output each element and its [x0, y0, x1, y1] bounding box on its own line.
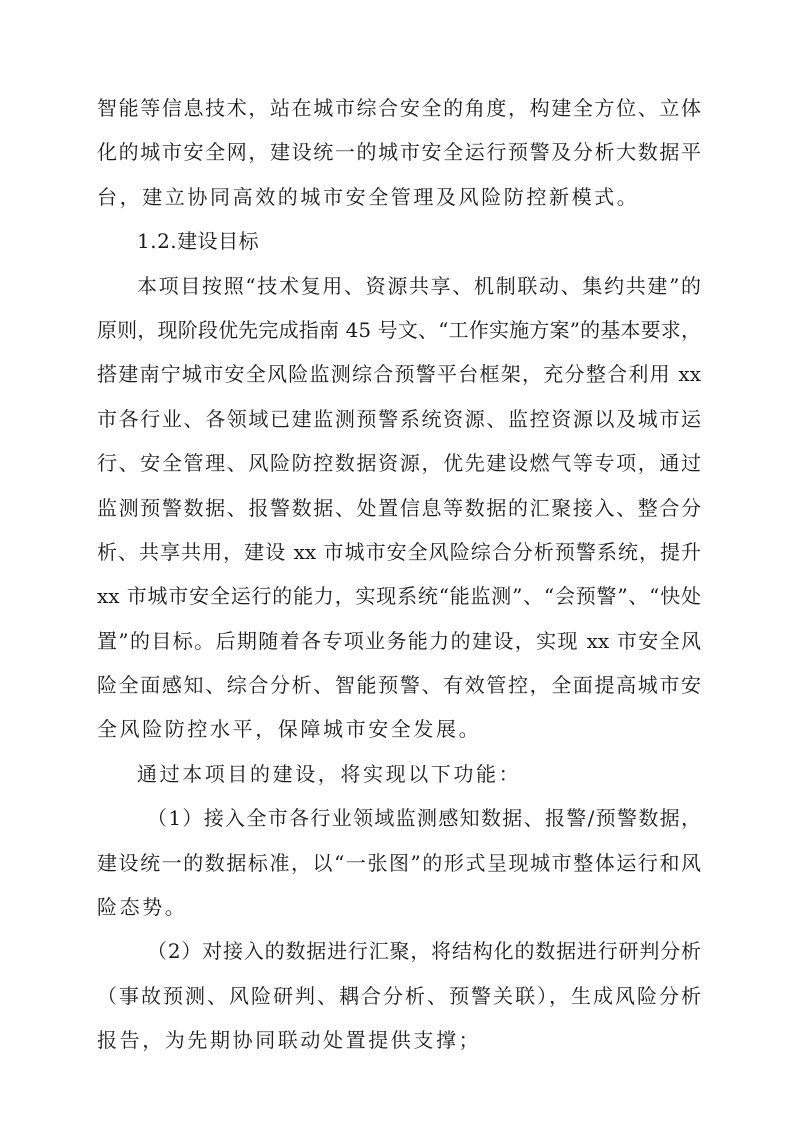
- paragraph-line: 监测预警数据、报警数据、处置信息等数据的汇聚接入、整合分: [97, 486, 701, 530]
- text-line: 置”的目标。后期随着各专项业务能力的建设，实现 xx 市安全风: [97, 619, 701, 663]
- section-heading-text: 1.2.建设目标: [137, 219, 701, 263]
- section-heading: 1.2.建设目标: [97, 219, 701, 263]
- paragraph-line: 置”的目标。后期随着各专项业务能力的建设，实现 xx 市安全风: [97, 619, 701, 663]
- paragraph-line: 市各行业、各领域已建监测预警系统资源、监控资源以及城市运: [97, 397, 701, 441]
- paragraph-line: 通过本项目的建设，将实现以下功能：: [97, 752, 701, 796]
- paragraph-line: 析、共享共用，建设 xx 市城市安全风险综合分析预警系统，提升: [97, 530, 701, 574]
- text-line: 搭建南宁城市安全风险监测综合预警平台框架，充分整合利用 xx: [97, 352, 701, 396]
- text-line: 本项目按照“技术复用、资源共享、机制联动、集约共建”的: [137, 264, 701, 308]
- list-item-line: （1）接入全市各行业领域监测感知数据、报警/预警数据，: [97, 796, 701, 840]
- text-line: 原则，现阶段优先完成指南 45 号文、“工作实施方案”的基本要求，: [97, 308, 701, 352]
- paragraph-line: 险全面感知、综合分析、智能预警、有效管控，全面提高城市安: [97, 663, 701, 707]
- paragraph-line: 化的城市安全网，建设统一的城市安全运行预警及分析大数据平: [97, 130, 701, 174]
- text-line: （1）接入全市各行业领域监测感知数据、报警/预警数据，: [147, 796, 701, 840]
- text-line: 通过本项目的建设，将实现以下功能：: [137, 752, 701, 796]
- text-line: 智能等信息技术，站在城市综合安全的角度，构建全方位、立体: [97, 86, 701, 130]
- paragraph-line: 报告，为先期协同联动处置提供支撑；: [97, 1018, 701, 1062]
- text-line: 险全面感知、综合分析、智能预警、有效管控，全面提高城市安: [97, 663, 701, 707]
- text-line: 全风险防控水平，保障城市安全发展。: [97, 707, 701, 751]
- text-line: xx 市城市安全运行的能力，实现系统“能监测”、“会预警”、“快处: [97, 574, 701, 618]
- paragraph-line: 险态势。: [97, 885, 701, 929]
- paragraph-line: xx 市城市安全运行的能力，实现系统“能监测”、“会预警”、“快处: [97, 574, 701, 618]
- paragraph-line: 本项目按照“技术复用、资源共享、机制联动、集约共建”的: [97, 264, 701, 308]
- paragraph-line: 搭建南宁城市安全风险监测综合预警平台框架，充分整合利用 xx: [97, 352, 701, 396]
- text-line: 行、安全管理、风险防控数据资源，优先建设燃气等专项，通过: [97, 441, 701, 485]
- text-line: 监测预警数据、报警数据、处置信息等数据的汇聚接入、整合分: [97, 486, 701, 530]
- paragraph-line: 建设统一的数据标准，以“一张图”的形式呈现城市整体运行和风: [97, 841, 701, 885]
- text-line: 市各行业、各领域已建监测预警系统资源、监控资源以及城市运: [97, 397, 701, 441]
- text-line: 化的城市安全网，建设统一的城市安全运行预警及分析大数据平: [97, 130, 701, 174]
- text-line: （事故预测、风险研判、耦合分析、预警关联），生成风险分析: [97, 974, 701, 1018]
- document-page: 智能等信息技术，站在城市综合安全的角度，构建全方位、立体 化的城市安全网，建设统…: [97, 86, 701, 1063]
- list-item-line: （2）对接入的数据进行汇聚，将结构化的数据进行研判分析: [97, 929, 701, 973]
- text-line: 报告，为先期协同联动处置提供支撑；: [97, 1018, 701, 1062]
- paragraph-line: 台，建立协同高效的城市安全管理及风险防控新模式。: [97, 175, 701, 219]
- text-line: 析、共享共用，建设 xx 市城市安全风险综合分析预警系统，提升: [97, 530, 701, 574]
- paragraph-line: 智能等信息技术，站在城市综合安全的角度，构建全方位、立体: [97, 86, 701, 130]
- text-line: 险态势。: [97, 885, 701, 929]
- text-line: （2）对接入的数据进行汇聚，将结构化的数据进行研判分析: [147, 929, 701, 973]
- text-line: 建设统一的数据标准，以“一张图”的形式呈现城市整体运行和风: [97, 841, 701, 885]
- paragraph-line: 行、安全管理、风险防控数据资源，优先建设燃气等专项，通过: [97, 441, 701, 485]
- text-line: 台，建立协同高效的城市安全管理及风险防控新模式。: [97, 175, 701, 219]
- paragraph-line: 原则，现阶段优先完成指南 45 号文、“工作实施方案”的基本要求，: [97, 308, 701, 352]
- paragraph-line: （事故预测、风险研判、耦合分析、预警关联），生成风险分析: [97, 974, 701, 1018]
- paragraph-line: 全风险防控水平，保障城市安全发展。: [97, 707, 701, 751]
